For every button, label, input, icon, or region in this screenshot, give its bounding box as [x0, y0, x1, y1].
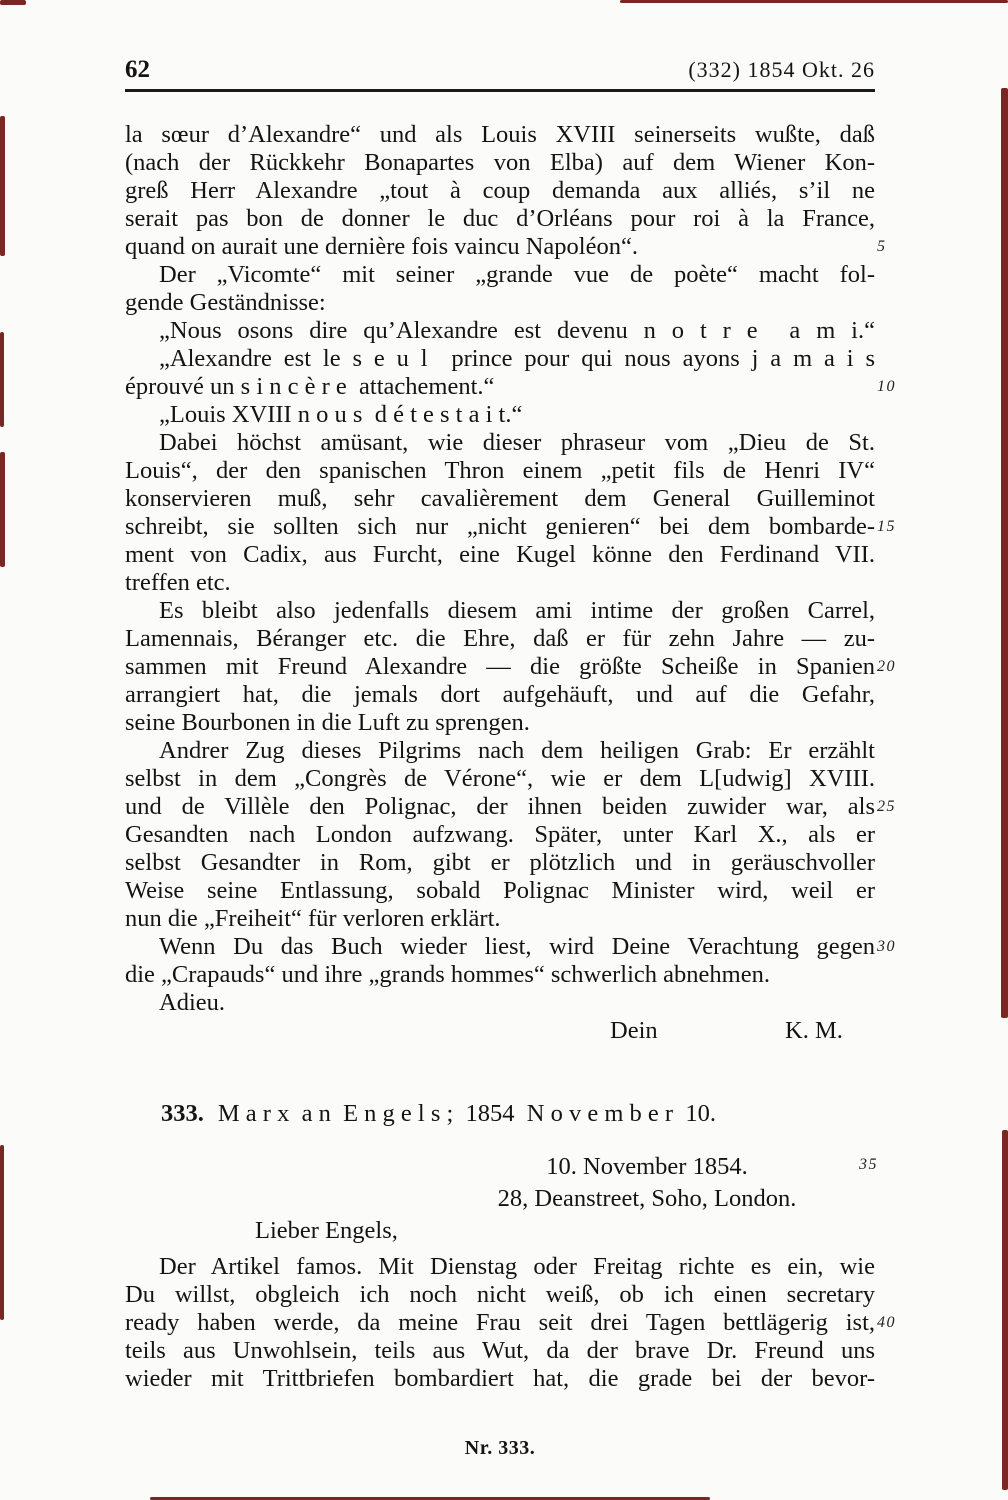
date-line-row: 10. November 1854. 35: [437, 1151, 857, 1183]
scan-edge-artifact: [0, 332, 4, 427]
text-line: seine Bourbonen in die Luft zu sprengen.: [125, 709, 875, 737]
text-line: konservieren muß, sehr cavalièrement dem…: [125, 485, 875, 513]
text-line: und de Villèle den Polignac, der ihnen b…: [125, 793, 875, 821]
text-line: Wenn Du das Buch wieder liest, wird Dein…: [125, 933, 875, 961]
text-line: éprouvé un s i n c è r e attachement.“10: [125, 373, 875, 401]
text-line: nun die „Freiheit“ für verloren erklärt.: [125, 905, 875, 933]
text-line: (nach der Rückkehr Bonapartes von Elba) …: [125, 149, 875, 177]
margin-line-number: 10: [877, 377, 911, 397]
text-line: Der Artikel famos. Mit Dienstag oder Fre…: [125, 1253, 875, 1281]
scan-edge-artifact: [1001, 88, 1008, 1018]
text-line: selbst in dem „Congrès de Vérone“, wie e…: [125, 765, 875, 793]
text-line: serait pas bon de donner le duc d’Orléan…: [125, 205, 875, 233]
margin-line-number: 5: [877, 237, 911, 257]
salutation: Lieber Engels,: [125, 1217, 875, 1245]
letter-333-body: Der Artikel famos. Mit Dienstag oder Fre…: [125, 1253, 875, 1393]
date-line: 10. November 1854.: [546, 1153, 747, 1180]
letter-333-heading: 333.M a r x a n E n g e l s ; 1854 N o v…: [161, 1099, 875, 1129]
signature-closing: Dein: [610, 1017, 658, 1045]
text-line: Es bleibt also jedenfalls diesem ami int…: [125, 597, 875, 625]
page-content: 62 (332) 1854 Okt. 26 la sœur d’Alexandr…: [125, 0, 875, 1460]
text-line: „Nous osons dire qu’Alexandre est devenu…: [125, 317, 875, 345]
scan-edge-artifact: [0, 1145, 4, 1320]
text-line: Louis“, der den spanischen Thron einem „…: [125, 457, 875, 485]
running-header: 62 (332) 1854 Okt. 26: [125, 56, 875, 84]
dateline-block: 10. November 1854. 35 28, Deanstreet, So…: [437, 1151, 857, 1215]
text-line: Der „Vicomte“ mit seiner „grande vue de …: [125, 261, 875, 289]
text-line: Dabei höchst amüsant, wie dieser phraseu…: [125, 429, 875, 457]
scan-edge-artifact: [0, 0, 26, 5]
text-line: ready haben werde, da meine Frau seit dr…: [125, 1309, 875, 1337]
text-line: die „Crapauds“ und ihre „grands hommes“ …: [125, 961, 875, 989]
letter-number: 333.: [161, 1100, 204, 1127]
text-line: Du willst, obgleich ich noch nicht weiß,…: [125, 1281, 875, 1309]
text-line: treffen etc.: [125, 569, 875, 597]
text-line: Adieu.: [125, 989, 875, 1017]
margin-line-number: 25: [877, 797, 911, 817]
text-line: ment von Cadix, aus Furcht, eine Kugel k…: [125, 541, 875, 569]
margin-line-number: 35: [859, 1155, 893, 1175]
margin-line-number: 15: [877, 517, 911, 537]
page-number: 62: [125, 56, 150, 84]
text-line: Andrer Zug dieses Pilgrims nach dem heil…: [125, 737, 875, 765]
margin-line-number: 40: [877, 1313, 911, 1333]
signature-initials: K. M.: [785, 1017, 843, 1045]
text-line: Lamennais, Béranger etc. die Ehre, daß e…: [125, 625, 875, 653]
scan-edge-artifact: [0, 116, 5, 256]
text-line: selbst Gesandter in Rom, gibt er plötzli…: [125, 849, 875, 877]
header-rule: [125, 89, 875, 92]
text-line: teils aus Unwohlsein, teils aus Wut, da …: [125, 1337, 875, 1365]
signature-row: Dein K. M.: [125, 1017, 875, 1045]
text-line: „Louis XVIII n o u s d é t e s t a i t.“: [125, 401, 875, 429]
margin-line-number: 30: [877, 937, 911, 957]
address-line: 28, Deanstreet, Soho, London.: [498, 1185, 797, 1212]
text-line: gende Geständnisse:: [125, 289, 875, 317]
text-line: „Alexandre est le s e u l prince pour qu…: [125, 345, 875, 373]
letter-heading-title: M a r x a n E n g e l s ; 1854 N o v e m…: [218, 1100, 716, 1127]
margin-line-number: 20: [877, 657, 911, 677]
text-line: greß Herr Alexandre „tout à coup demanda…: [125, 177, 875, 205]
text-line: wieder mit Trittbriefen bombardiert hat,…: [125, 1365, 875, 1393]
text-line: sammen mit Freund Alexandre — die größte…: [125, 653, 875, 681]
text-line: arrangiert hat, die jemals dort aufgehäu…: [125, 681, 875, 709]
text-line: Weise seine Entlassung, sobald Polignac …: [125, 877, 875, 905]
book-page: { "page": { "background": "#fbfbf9", "in…: [0, 0, 1008, 1500]
text-line: quand on aurait une dernière fois vaincu…: [125, 233, 875, 261]
letter-332-body: la sœur d’Alexandre“ und als Louis XVIII…: [125, 121, 875, 1017]
text-line: la sœur d’Alexandre“ und als Louis XVIII…: [125, 121, 875, 149]
scan-edge-artifact: [1002, 1130, 1008, 1490]
header-letter-reference: (332) 1854 Okt. 26: [688, 57, 875, 83]
page-footer: Nr. 333.: [125, 1437, 875, 1460]
address-line-row: 28, Deanstreet, Soho, London.: [437, 1183, 857, 1215]
text-line: schreibt, sie sollten sich nur „nicht ge…: [125, 513, 875, 541]
text-line: Gesandten nach London aufzwang. Später, …: [125, 821, 875, 849]
scan-edge-artifact: [0, 452, 5, 567]
